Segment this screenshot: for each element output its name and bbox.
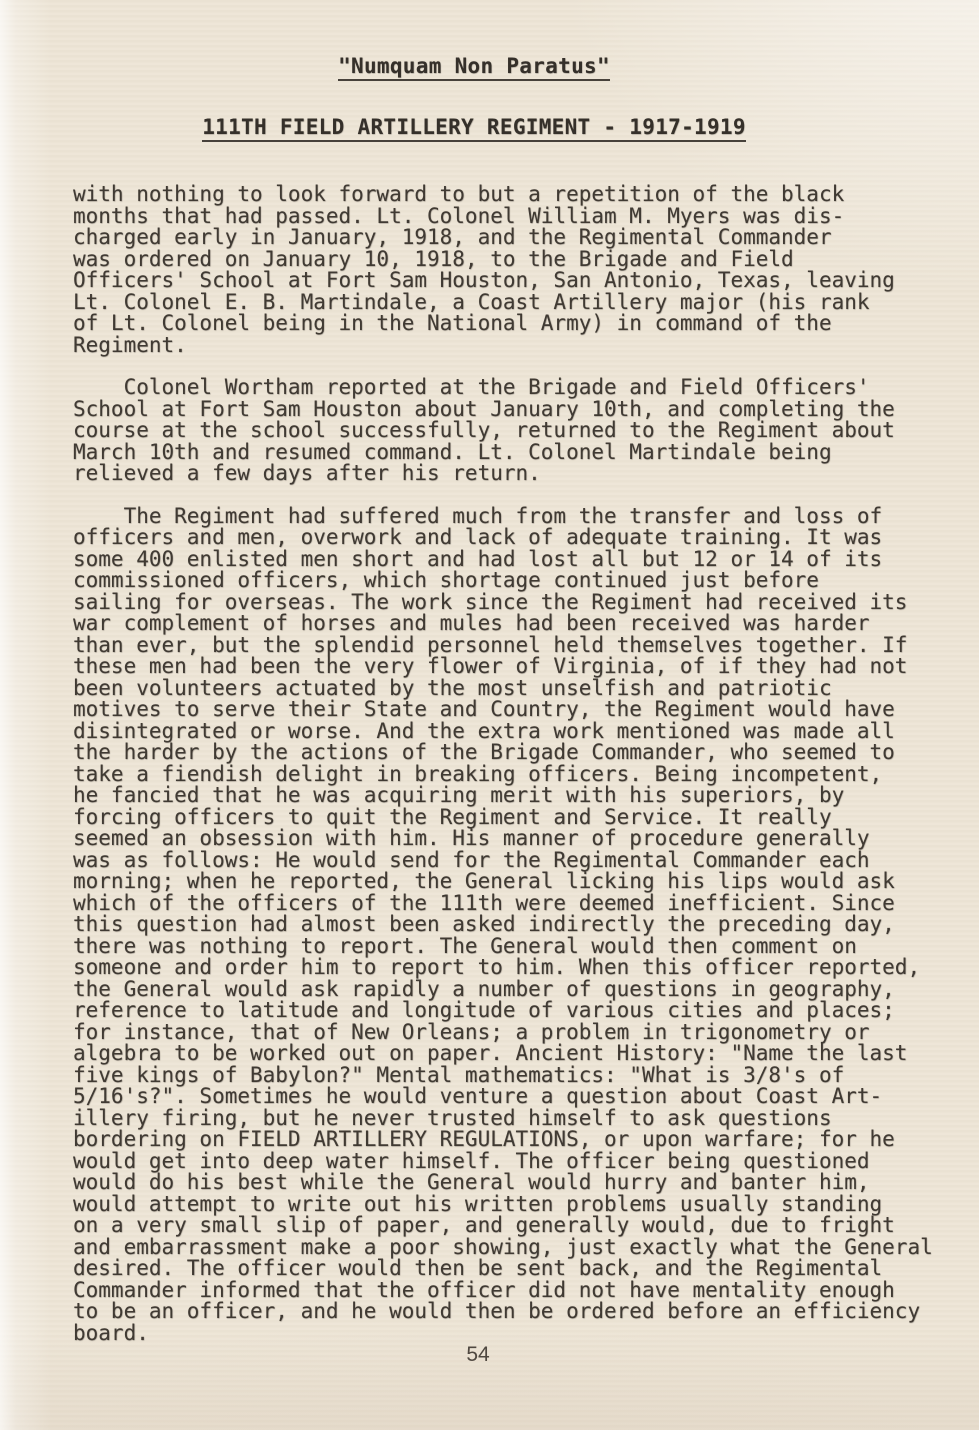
paragraph-1: with nothing to look forward to but a re… xyxy=(73,184,943,356)
paragraph-3: The Regiment had suffered much from the … xyxy=(73,506,943,1345)
page-number: 54 xyxy=(0,1343,956,1367)
page-body: with nothing to look forward to but a re… xyxy=(73,184,943,1344)
paragraph-2: Colonel Wortham reported at the Brigade … xyxy=(73,377,943,485)
chapter-title-text: 111TH FIELD ARTILLERY REGIMENT - 1917-19… xyxy=(202,115,746,142)
regiment-motto: "Numquam Non Paratus" xyxy=(0,54,948,81)
motto-text: "Numquam Non Paratus" xyxy=(338,54,610,81)
scanned-document-page: "Numquam Non Paratus" 111TH FIELD ARTILL… xyxy=(0,0,979,1430)
chapter-title: 111TH FIELD ARTILLERY REGIMENT - 1917-19… xyxy=(0,115,948,142)
